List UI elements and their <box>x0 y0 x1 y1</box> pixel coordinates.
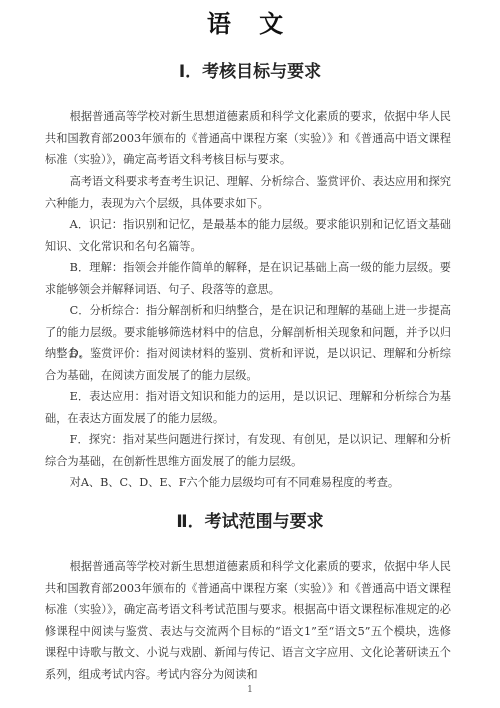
paragraph-levels-summary: 对A、B、C、D、E、F六个能力层级均可有不同难易程度的考查。 <box>45 472 451 494</box>
page-number: 1 <box>0 685 500 695</box>
paragraph-intro: 根据普通高等学校对新生思想道德素质和科学文化素质的要求，依据中华人民共和国教育部… <box>45 106 451 171</box>
document-page: 语 文 Ⅰ．考核目标与要求 根据普通高等学校对新生思想道德素质和科学文化素质的要… <box>0 0 500 708</box>
paragraph-six-abilities: 高考语文科要求考查考生识记、理解、分析综合、鉴赏评价、表达应用和探究六种能力，表… <box>45 171 451 214</box>
paragraph-level-f: F．探究：指对某些问题进行探讨，有发现、有创见，是以识记、理解和分析综合为基础，… <box>45 429 451 472</box>
paragraph-exam-scope: 根据普通高等学校对新生思想道德素质和科学文化素质的要求，依据中华人民共和国教育部… <box>45 556 451 685</box>
paragraph-level-e: E．表达应用：指对语文知识和能力的运用，是以识记、理解和分析综合为基础，在表达方… <box>45 386 451 429</box>
paragraph-level-b: B．理解：指领会并能作简单的解释，是在识记基础上高一级的能力层级。要求能够领会并… <box>45 257 451 300</box>
section-heading-exam-scope: Ⅱ．考试范围与要求 <box>0 510 500 534</box>
section-heading-assessment-goals: Ⅰ．考核目标与要求 <box>0 60 500 84</box>
paragraph-level-d: D．鉴赏评价：指对阅读材料的鉴别、赏析和评说，是以识记、理解和分析综合为基础，在… <box>45 343 451 386</box>
document-title: 语 文 <box>0 8 500 40</box>
paragraph-level-a: A．识记：指识别和记忆，是最基本的能力层级。要求能识别和记忆语文基础知识、文化常… <box>45 214 451 257</box>
